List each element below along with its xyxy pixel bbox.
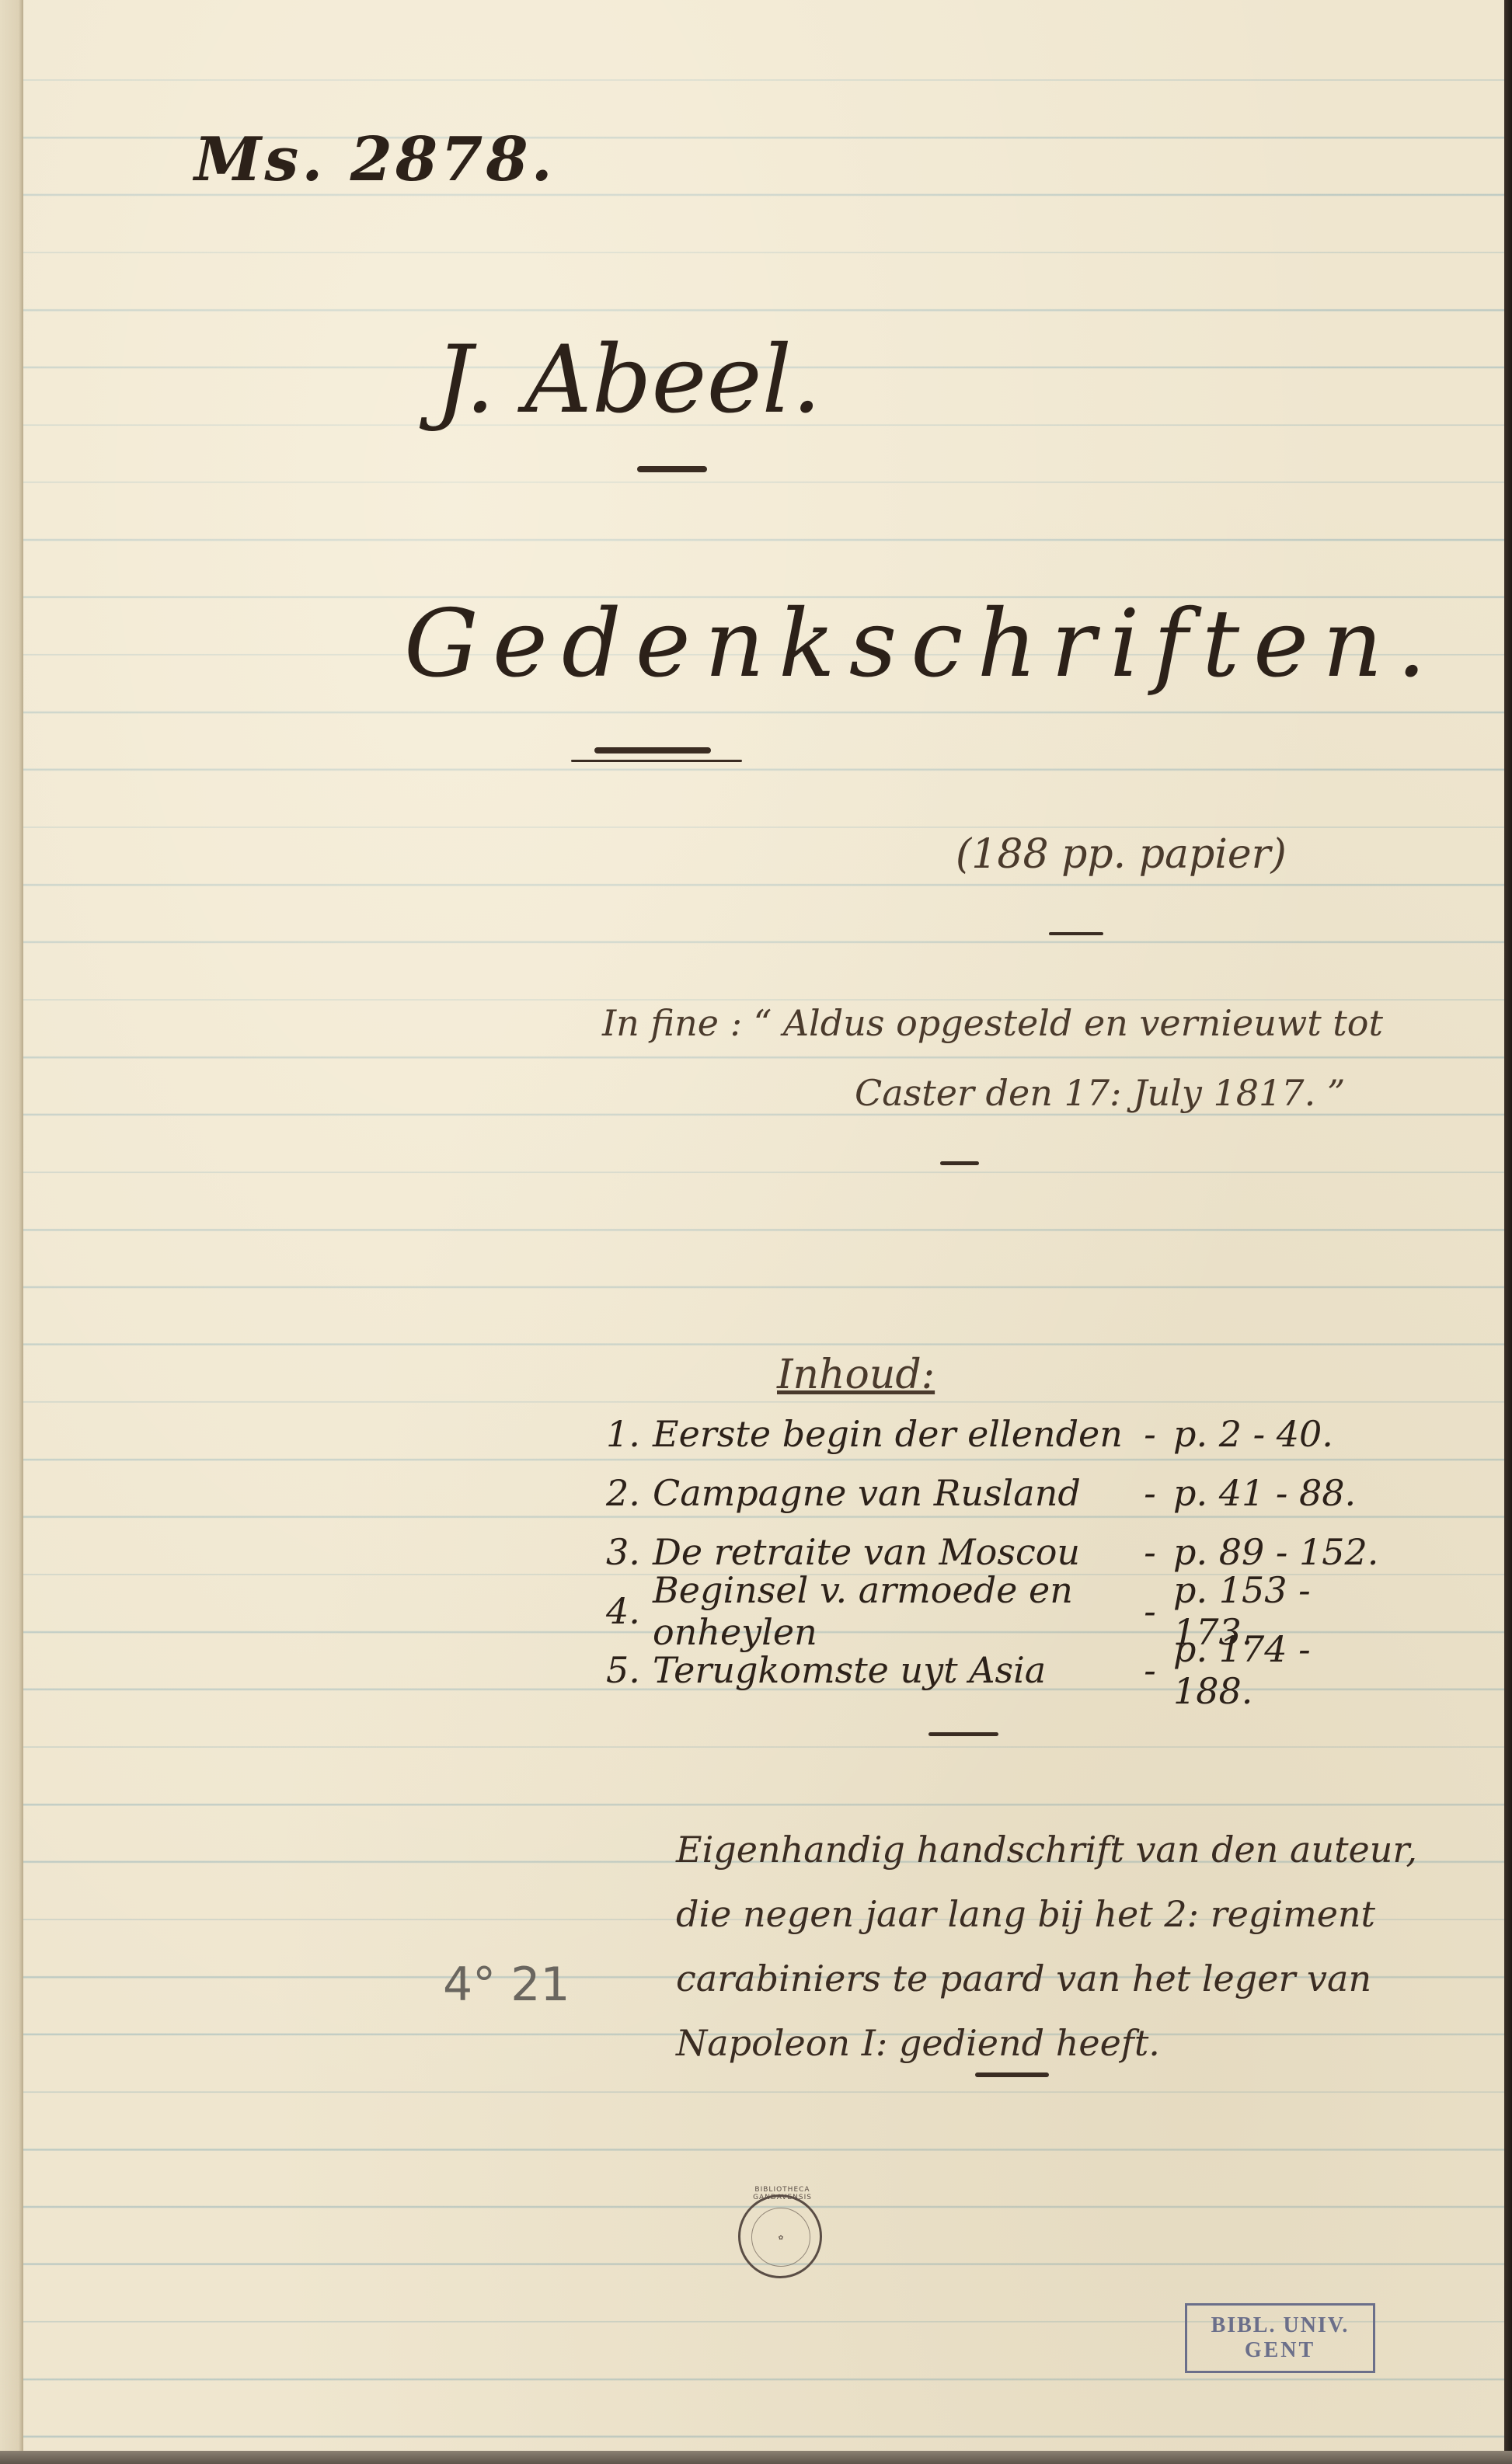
- divider-1: [1049, 932, 1103, 935]
- colophon-line-2: Caster den 17: July 1817. ”: [855, 1072, 1345, 1114]
- toc-title: Eerste begin der ellenden: [653, 1413, 1127, 1455]
- toc-item: 1. Eerste begin der ellenden - p. 2 - 40…: [606, 1404, 1399, 1463]
- toc-pages: p. 41 - 88.: [1173, 1472, 1399, 1514]
- toc-dash: -: [1127, 1413, 1173, 1455]
- title-underline-2: [571, 760, 742, 762]
- page-gutter: [0, 0, 23, 2451]
- toc-pages: p. 89 - 152.: [1173, 1531, 1399, 1573]
- note-line: carabiniers te paard van het leger van: [676, 1947, 1417, 2011]
- divider-2: [940, 1161, 979, 1165]
- book-edge-right: [1504, 0, 1512, 2464]
- author-underline: [637, 466, 707, 472]
- colophon-line-1: In fine : “ Aldus opgesteld en vernieuwt…: [602, 1002, 1383, 1044]
- toc-pages: p. 2 - 40.: [1173, 1413, 1399, 1455]
- table-of-contents: 1. Eerste begin der ellenden - p. 2 - 40…: [606, 1404, 1399, 1700]
- physical-description: (188 pp. papier): [956, 831, 1287, 878]
- library-stamp: BIBL. UNIV. GENT: [1185, 2303, 1375, 2373]
- contents-heading: Inhoud:: [777, 1352, 935, 1398]
- toc-pages: p. 174 - 188.: [1173, 1628, 1399, 1712]
- provenance-note: Eigenhandig handschrift van den auteur, …: [676, 1818, 1417, 2076]
- document-title: Gedenkschriften.: [404, 590, 1441, 698]
- toc-item: 5. Terugkomste uyt Asia - p. 174 - 188.: [606, 1641, 1399, 1700]
- divider-3: [928, 1732, 998, 1736]
- seal-emblem-icon: ✿: [751, 2208, 810, 2267]
- toc-item: 2. Campagne van Rusland - p. 41 - 88.: [606, 1463, 1399, 1523]
- note-line: Napoleon I: gediend heeft.: [676, 2011, 1417, 2076]
- stamp-line-2: GENT: [1187, 2338, 1373, 2363]
- stamp-line-1: BIBL. UNIV.: [1187, 2313, 1373, 2338]
- shelfmark: Ms. 2878.: [194, 124, 556, 195]
- toc-number: 4.: [606, 1590, 653, 1632]
- toc-title: De retraite van Moscou: [653, 1531, 1127, 1573]
- pencil-shelf-mark: 4° 21: [443, 1958, 570, 2012]
- toc-dash: -: [1127, 1531, 1173, 1573]
- seal-text: BIBLIOTHECA GANDAVENSIS: [737, 2186, 827, 2201]
- author-name: J. Abeel.: [435, 326, 821, 434]
- book-edge-bottom: [0, 2451, 1512, 2464]
- note-line: Eigenhandig handschrift van den auteur,: [676, 1818, 1417, 1882]
- toc-title: Beginsel v. armoede en onheylen: [653, 1569, 1127, 1653]
- divider-4: [975, 2072, 1049, 2077]
- toc-dash: -: [1127, 1590, 1173, 1632]
- toc-dash: -: [1127, 1472, 1173, 1514]
- toc-number: 2.: [606, 1472, 653, 1514]
- toc-number: 5.: [606, 1649, 653, 1691]
- manuscript-page: Ms. 2878. J. Abeel. Gedenkschriften. (18…: [0, 0, 1506, 2451]
- toc-number: 1.: [606, 1413, 653, 1455]
- title-underline-1: [594, 747, 711, 753]
- note-line: die negen jaar lang bij het 2: regiment: [676, 1882, 1417, 1947]
- library-seal-icon: BIBLIOTHECA GANDAVENSIS ✿: [738, 2194, 822, 2278]
- toc-title: Terugkomste uyt Asia: [653, 1649, 1127, 1691]
- toc-dash: -: [1127, 1649, 1173, 1691]
- toc-number: 3.: [606, 1531, 653, 1573]
- toc-title: Campagne van Rusland: [653, 1472, 1127, 1514]
